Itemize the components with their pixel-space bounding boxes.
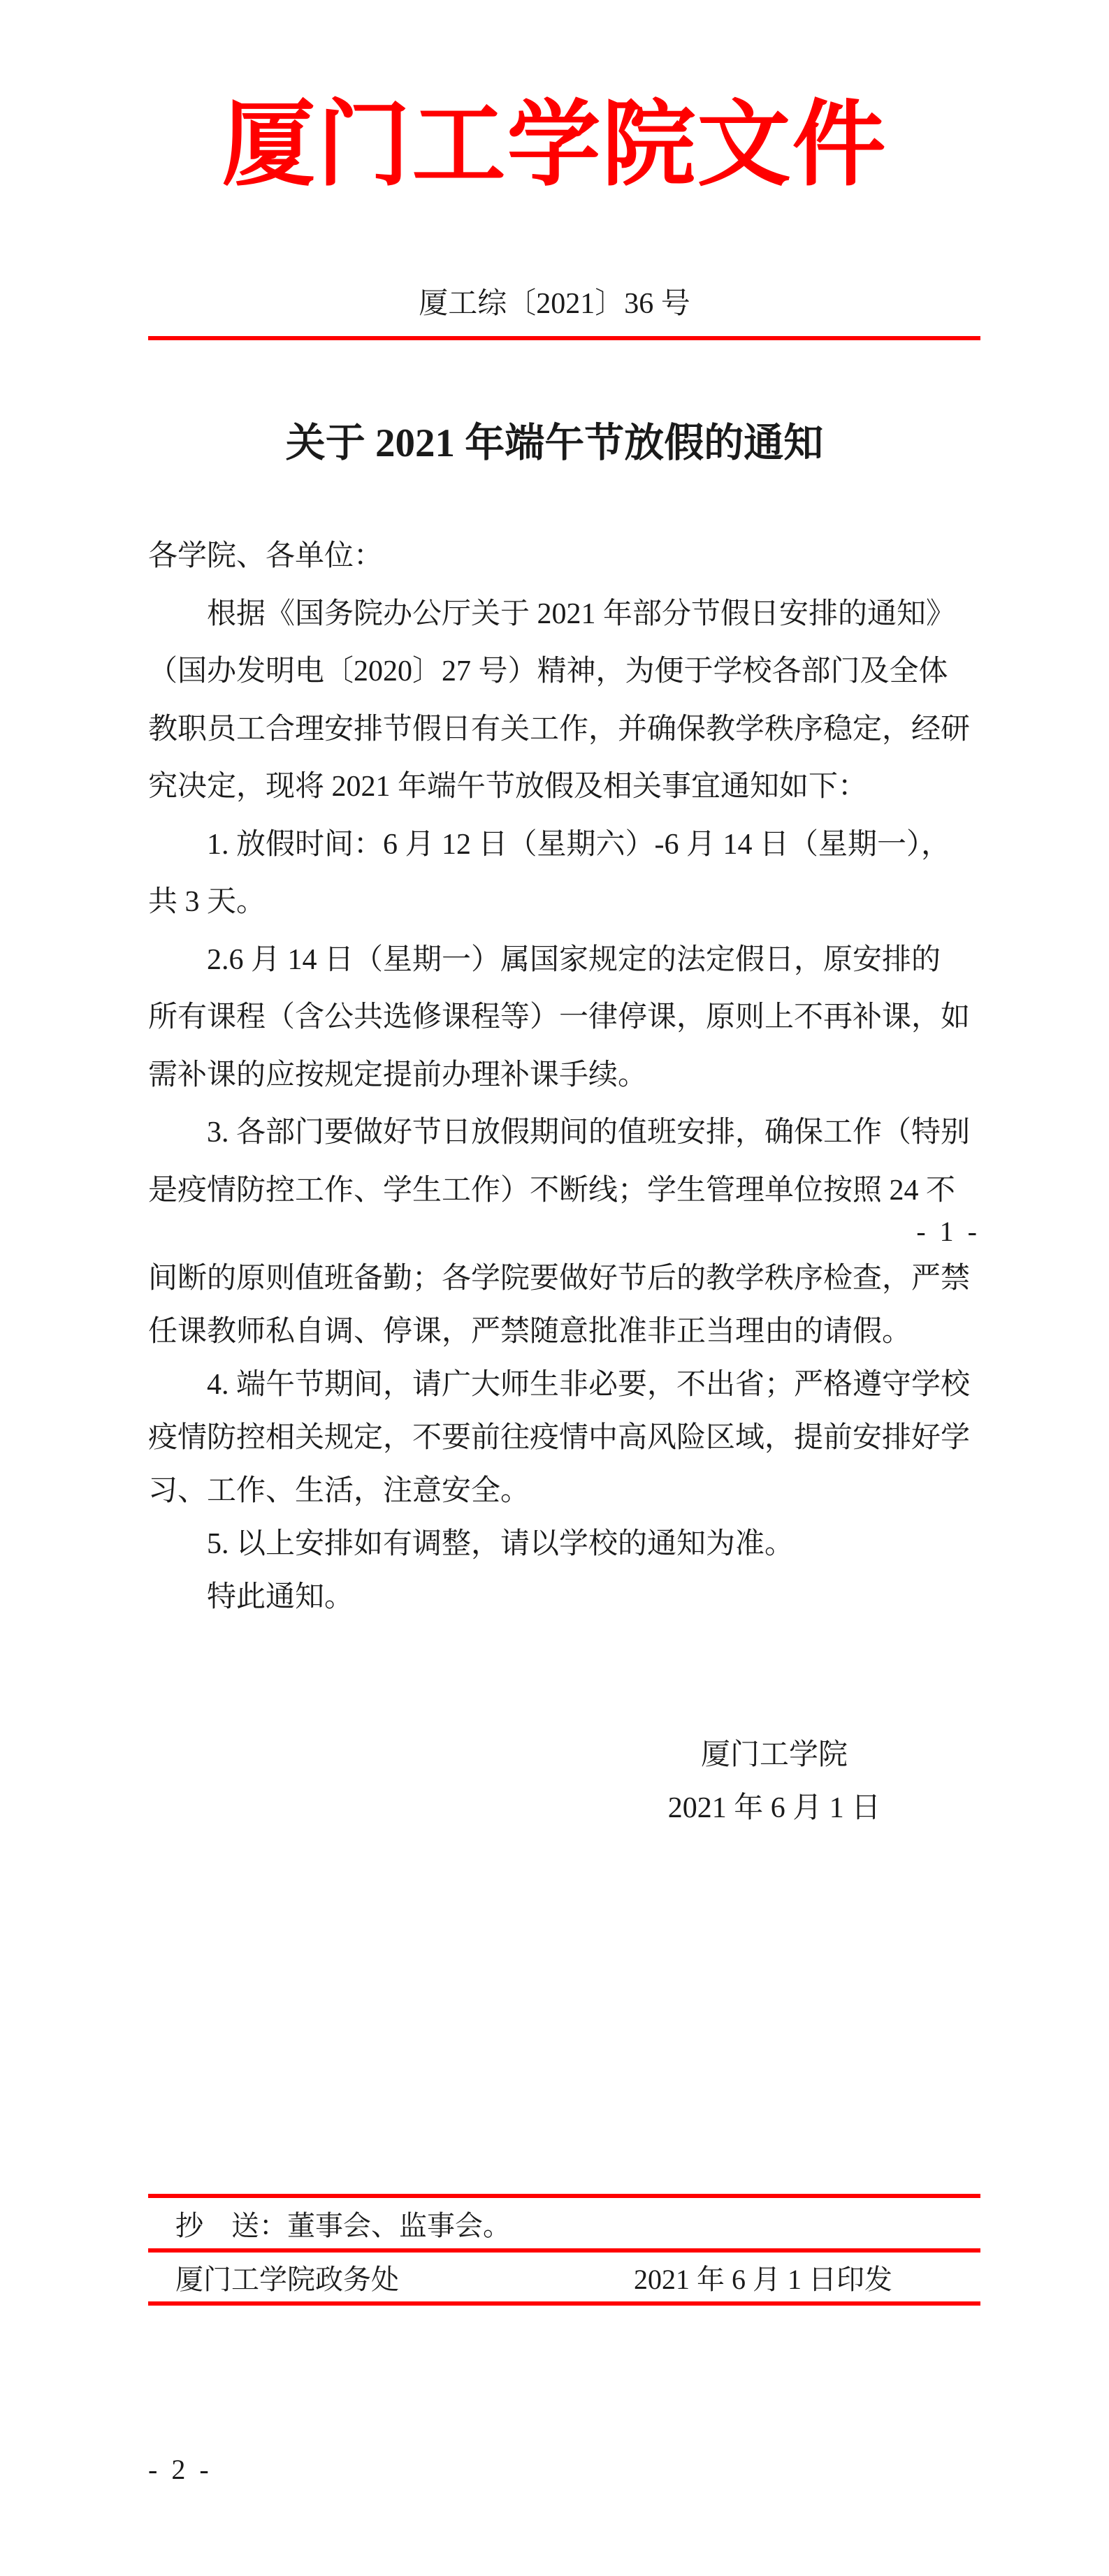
document-text-line: 疫情防控相关规定，不要前往疫情中高风险区域，提前安排好学 xyxy=(148,1411,980,1464)
document-text-line: 所有课程（含公共选修课程等）一律停课，原则上不再补课，如 xyxy=(148,989,980,1047)
document-text-line: 1. 放假时间：6 月 12 日（星期六）-6 月 14 日（星期一）， xyxy=(148,816,980,874)
letterhead-title: 厦门工学院文件 xyxy=(0,98,1109,193)
page-number-2: - 2 - xyxy=(148,2452,212,2487)
footer-divider-bottom xyxy=(148,2301,980,2306)
document-text-line: 各学院、各单位： xyxy=(148,527,980,585)
document-text-line: 间断的原则值班备勤；各学院要做好节后的教学秩序检查，严禁 xyxy=(148,1252,980,1305)
print-date: 2021 年 6 月 1 日印发 xyxy=(634,2257,892,2297)
document-text-line: 究决定，现将 2021 年端午节放假及相关事宜通知如下： xyxy=(148,758,980,816)
document-text-line: 共 3 天。 xyxy=(148,873,980,931)
footer-block: 抄 送：董事会、监事会。 厦门工学院政务处 2021 年 6 月 1 日印发 xyxy=(148,2194,980,2306)
notice-body-page1: 各学院、各单位： 根据《国务院办公厅关于 2021 年部分节假日安排的通知》（国… xyxy=(148,527,980,1219)
notice-title: 关于 2021 年端午节放假的通知 xyxy=(0,419,1109,468)
document-text-line: 需补课的应按规定提前办理补课手续。 xyxy=(148,1047,980,1105)
header-divider-line xyxy=(148,336,980,340)
document-text-line: 4. 端午节期间，请广大师生非必要，不出省；严格遵守学校 xyxy=(148,1358,980,1411)
scanned-official-document-page: 厦门工学院文件 厦工综〔2021〕36 号 关于 2021 年端午节放假的通知 … xyxy=(0,0,1109,2576)
document-text-line: 根据《国务院办公厅关于 2021 年部分节假日安排的通知》 xyxy=(148,585,980,643)
signature-date: 2021 年 6 月 1 日 xyxy=(565,1782,984,1835)
cc-line: 抄 送：董事会、监事会。 xyxy=(175,2204,511,2243)
document-text-line: 是疫情防控工作、学生工作）不断线；学生管理单位按照 24 不 xyxy=(148,1162,980,1220)
document-text-line: 3. 各部门要做好节日放假期间的值班安排，确保工作（特别 xyxy=(148,1104,980,1162)
page-number-1: - 1 - xyxy=(148,1214,980,1249)
signature-block: 厦门工学院 2021 年 6 月 1 日 xyxy=(565,1729,984,1835)
document-text-line: 习、工作、生活，注意安全。 xyxy=(148,1464,980,1518)
issuer-name: 厦门工学院政务处 xyxy=(175,2257,399,2297)
document-text-line: 2.6 月 14 日（星期一）属国家规定的法定假日，原安排的 xyxy=(148,931,980,989)
document-text-line: 教职员工合理安排节假日有关工作，并确保教学秩序稳定，经研 xyxy=(148,701,980,759)
document-text-line: 特此通知。 xyxy=(148,1571,980,1624)
document-text-line: 任课教师私自调、停课，严禁随意批准非正当理由的请假。 xyxy=(148,1305,980,1358)
document-text-line: （国办发明电〔2020〕27 号）精神，为便于学校各部门及全体 xyxy=(148,643,980,701)
notice-body-page2: 间断的原则值班备勤；各学院要做好节后的教学秩序检查，严禁任课教师私自调、停课，严… xyxy=(148,1252,980,1624)
cc-row: 抄 送：董事会、监事会。 xyxy=(148,2198,980,2248)
document-text-line: 5. 以上安排如有调整，请以学校的通知为准。 xyxy=(148,1518,980,1571)
issuer-row: 厦门工学院政务处 2021 年 6 月 1 日印发 xyxy=(148,2253,980,2301)
document-number: 厦工综〔2021〕36 号 xyxy=(0,283,1109,325)
signature-org: 厦门工学院 xyxy=(565,1729,984,1782)
